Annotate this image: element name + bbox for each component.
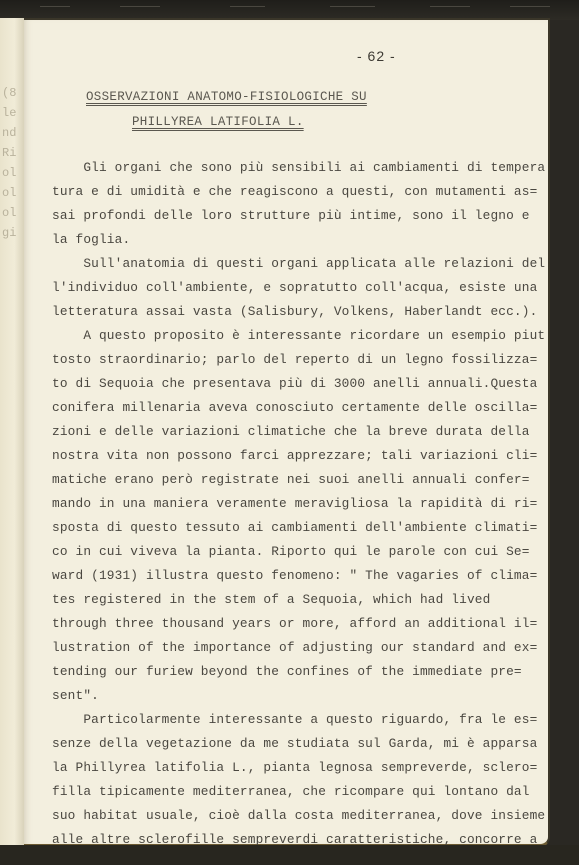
left-fragment: ol xyxy=(2,186,16,200)
body-line: sai profondi delle loro strutture più in… xyxy=(52,208,530,223)
left-fragment: nd xyxy=(2,126,16,140)
body-line: senze della vegetazione da me studiata s… xyxy=(52,736,537,751)
body-line: tosto straordinario; parlo del reperto d… xyxy=(52,352,537,367)
body-line: mando in una maniera veramente meravigli… xyxy=(52,496,537,511)
body-line: conifera millenaria aveva conosciuto cer… xyxy=(52,400,537,415)
body-line: Sull'anatomia di questi organi applicata… xyxy=(52,256,545,271)
left-fragment: gi xyxy=(2,226,16,240)
body-line: Gli organi che sono più sensibili ai cam… xyxy=(52,160,545,175)
body-line: suo habitat usuale, cioè dalla costa med… xyxy=(52,808,545,823)
left-fragment: ol xyxy=(2,206,16,220)
body-line: Particolarmente interessante a questo ri… xyxy=(52,712,537,727)
body-line: tura e di umidità e che reagiscono a que… xyxy=(52,184,537,199)
left-fragment: Ri xyxy=(2,146,16,160)
page-number: - 62 - xyxy=(357,48,396,64)
body-line: zioni e delle variazioni climatiche che … xyxy=(52,424,530,439)
body-line: la Phillyrea latifolia L., pianta legnos… xyxy=(52,760,537,775)
previous-page-edge: (8 le nd Ri ol ol ol gi xyxy=(0,18,24,845)
body-line: matiche erano però registrate nei suoi a… xyxy=(52,472,530,487)
scanner-background-top xyxy=(0,0,579,20)
left-fragment: le xyxy=(2,106,16,120)
body-line: ward (1931) illustra questo fenomeno: " … xyxy=(52,568,537,583)
typewritten-page: - 62 - OSSERVAZIONI ANATOMO-FISIOLOGICHE… xyxy=(24,18,550,847)
title-line-1: OSSERVAZIONI ANATOMO-FISIOLOGICHE SU xyxy=(86,90,367,104)
body-line: nostra vita non possono farci apprezzare… xyxy=(52,448,537,463)
body-line: through three thousand years or more, af… xyxy=(52,616,537,631)
left-fragment: ol xyxy=(2,166,16,180)
body-line: A questo proposito è interessante ricord… xyxy=(52,328,545,343)
body-line: sposta di questo tessuto ai cambiamenti … xyxy=(52,520,537,535)
body-line: tending our furiew beyond the confines o… xyxy=(52,664,522,679)
body-line: tes registered in the stem of a Sequoia,… xyxy=(52,592,490,607)
body-line: la foglia. xyxy=(52,232,130,247)
body-line: filla tipicamente mediterranea, che rico… xyxy=(52,784,530,799)
body-line: to di Sequoia che presentava più di 3000… xyxy=(52,376,537,391)
body-line: sent". xyxy=(52,688,99,703)
body-line: co in cui viveva la pianta. Riporto qui … xyxy=(52,544,530,559)
body-line: lustration of the importance of adjustin… xyxy=(52,640,537,655)
title-line-2: PHILLYREA LATIFOLIA L. xyxy=(132,115,304,129)
left-fragment: (8 xyxy=(2,86,16,100)
body-line: letteratura assai vasta (Salisbury, Volk… xyxy=(52,304,537,319)
body-line: l'individuo coll'ambiente, e sopratutto … xyxy=(52,280,537,295)
scanner-background-bottom xyxy=(0,845,579,865)
